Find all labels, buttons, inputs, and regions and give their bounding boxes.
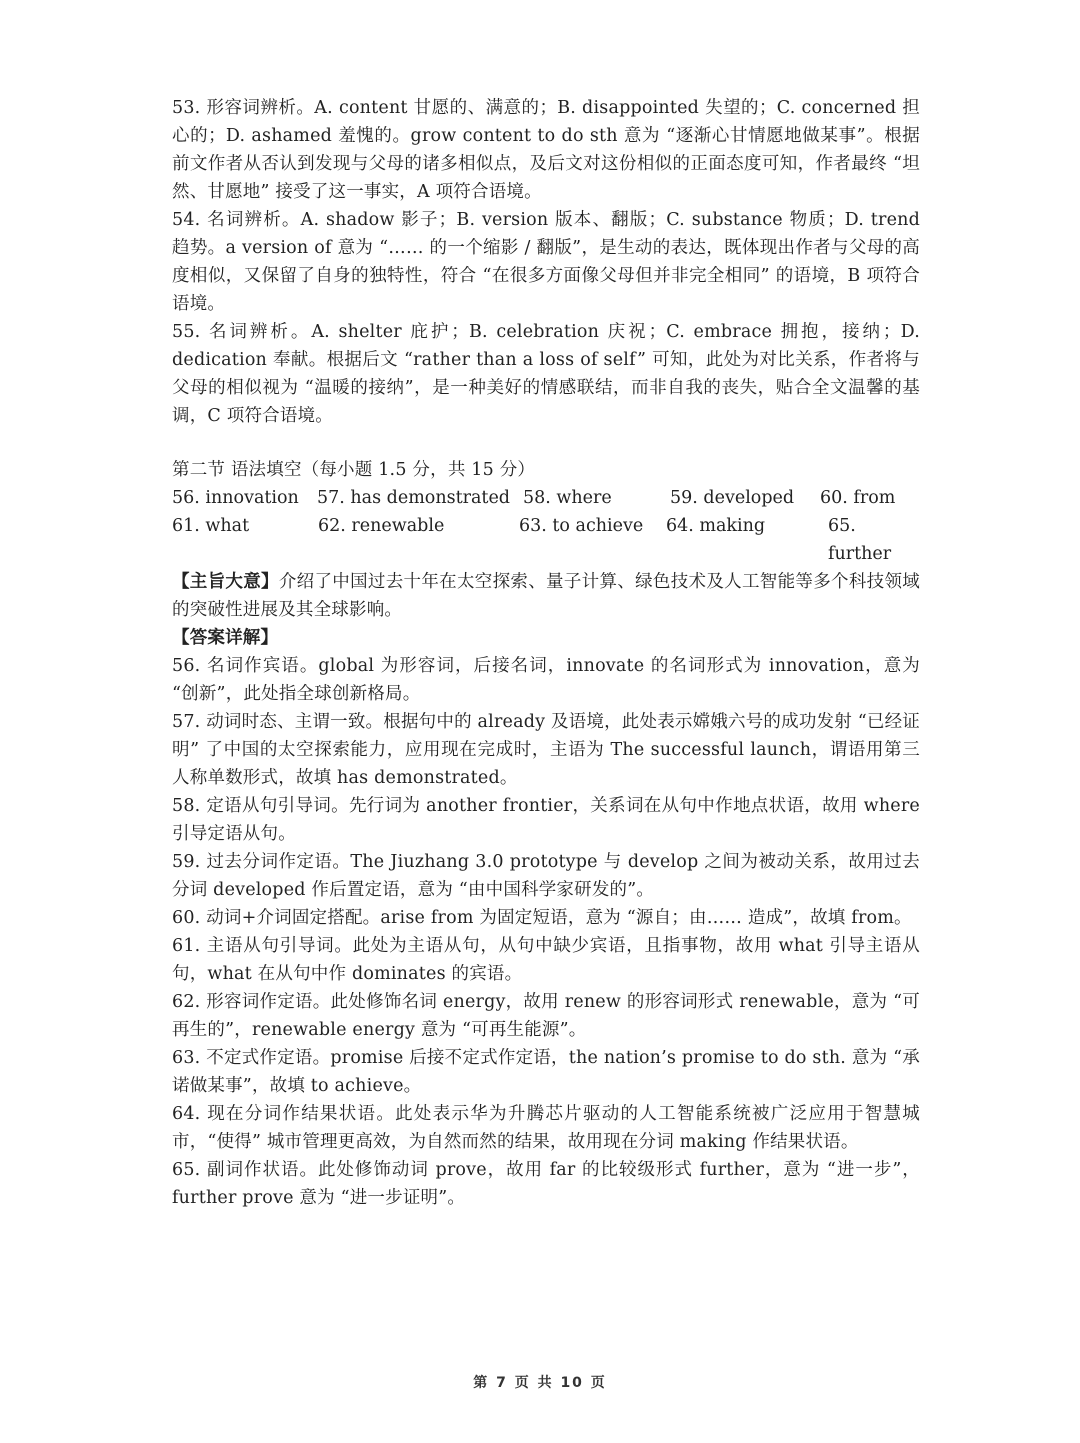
explanation-63: 63. 不定式作定语。promise 后接不定式作定语，the nation’s… — [172, 1044, 920, 1100]
explanation-54: 54. 名词辨析。A. shadow 影子；B. version 版本、翻版；C… — [172, 206, 920, 318]
explanation-64: 64. 现在分词作结果状语。此处表示华为升腾芯片驱动的人工智能系统被广泛应用于智… — [172, 1100, 920, 1156]
section-spacer — [172, 430, 920, 456]
explanation-59: 59. 过去分词作定语。The Jiuzhang 3.0 prototype 与… — [172, 848, 920, 904]
answer-60: 60. from — [820, 484, 920, 512]
answer-62: 62. renewable — [318, 512, 519, 568]
main-idea: 【主旨大意】介绍了中国过去十年在太空探索、量子计算、绿色技术及人工智能等多个科技… — [172, 568, 920, 624]
explanation-heading: 【答案详解】 — [172, 624, 920, 652]
answer-58: 58. where — [523, 484, 670, 512]
explanation-58: 58. 定语从句引导词。先行词为 another frontier，关系词在从句… — [172, 792, 920, 848]
answer-63: 63. to achieve — [519, 512, 666, 568]
explanation-61: 61. 主语从句引导词。此处为主语从句，从句中缺少宾语，且指事物，故用 what… — [172, 932, 920, 988]
answer-row-1: 56. innovation 57. has demonstrated 58. … — [172, 484, 920, 512]
page-number-footer: 第 7 页 共 10 页 — [0, 1372, 1080, 1392]
answer-56: 56. innovation — [172, 484, 317, 512]
answer-64: 64. making — [666, 512, 828, 568]
answer-59: 59. developed — [670, 484, 820, 512]
answer-65: 65. further — [828, 512, 920, 568]
main-idea-text: 介绍了中国过去十年在太空探索、量子计算、绿色技术及人工智能等多个科技领域的突破性… — [172, 572, 920, 620]
answer-61: 61. what — [172, 512, 318, 568]
answer-row-2: 61. what 62. renewable 63. to achieve 64… — [172, 512, 920, 568]
section-title: 第二节 语法填空（每小题 1.5 分，共 15 分） — [172, 456, 920, 484]
main-idea-label: 【主旨大意】 — [172, 572, 279, 592]
explanation-65: 65. 副词作状语。此处修饰动词 prove，故用 far 的比较级形式 fur… — [172, 1156, 920, 1212]
explanation-60: 60. 动词+介词固定搭配。arise from 为固定短语，意为 “源自；由…… — [172, 904, 920, 932]
answer-57: 57. has demonstrated — [317, 484, 523, 512]
explanation-56: 56. 名词作宾语。global 为形容词，后接名词，innovate 的名词形… — [172, 652, 920, 708]
explanation-55: 55. 名词辨析。A. shelter 庇护；B. celebration 庆祝… — [172, 318, 920, 430]
explanation-53: 53. 形容词辨析。A. content 甘愿的、满意的；B. disappoi… — [172, 94, 920, 206]
answer-key-page: 53. 形容词辨析。A. content 甘愿的、满意的；B. disappoi… — [172, 94, 920, 1212]
explanation-57: 57. 动词时态、主谓一致。根据句中的 already 及语境，此处表示嫦娥六号… — [172, 708, 920, 792]
explanation-62: 62. 形容词作定语。此处修饰名词 energy，故用 renew 的形容词形式… — [172, 988, 920, 1044]
